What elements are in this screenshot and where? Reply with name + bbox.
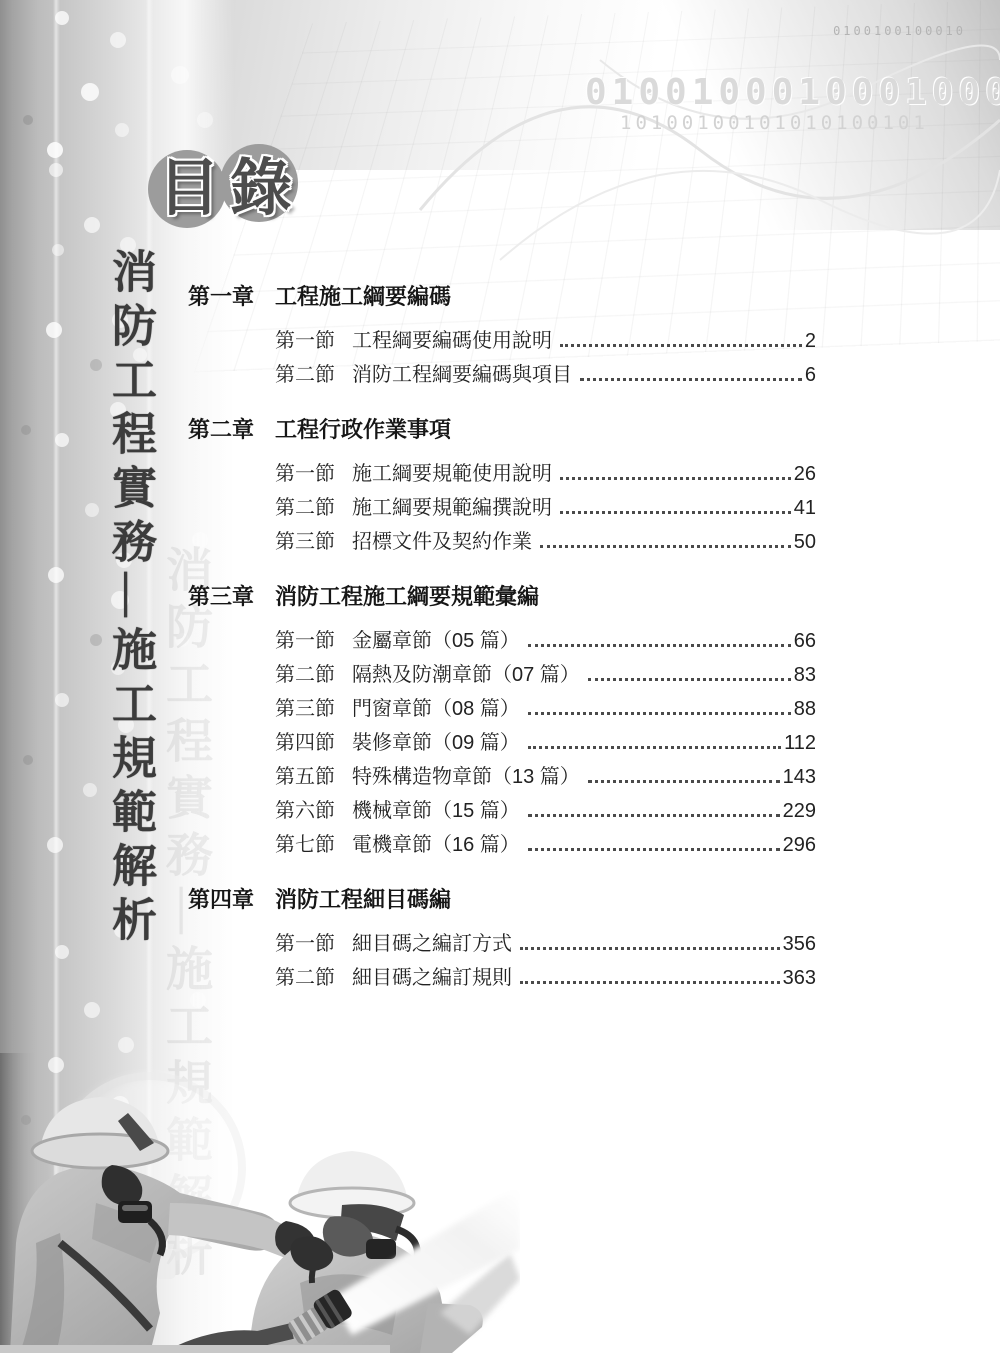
dot-leader — [528, 644, 791, 647]
toc-logo: 目 錄 — [158, 150, 292, 228]
section-label: 第一節 — [275, 457, 352, 486]
dot-leader — [520, 981, 780, 984]
section-title: 隔熱及防潮章節（07 篇） — [352, 658, 580, 687]
chapter-heading: 第一章 工程施工綱要編碼 — [188, 280, 816, 311]
toc-entry: 第一節 金屬章節（05 篇） 66 — [275, 621, 816, 655]
dot-leader — [520, 947, 780, 950]
page-number: 296 — [783, 834, 816, 857]
page-number: 112 — [784, 732, 816, 755]
section-label: 第四節 — [275, 726, 352, 755]
section-label: 第二節 — [275, 961, 352, 990]
page-number: 363 — [783, 967, 816, 990]
chapter-title: 消防工程施工綱要規範彙編 — [275, 580, 539, 611]
toc-entry: 第二節 隔熱及防潮章節（07 篇） 83 — [275, 655, 816, 689]
chapter-label: 第二章 — [188, 413, 275, 444]
dot-leader — [588, 780, 780, 783]
binary-text-small: 0100100100010 — [833, 24, 966, 38]
section-title: 機械章節（15 篇） — [352, 794, 520, 823]
section-title: 特殊構造物章節（13 篇） — [352, 760, 580, 789]
toc-entry: 第三節 招標文件及契約作業 50 — [275, 522, 816, 556]
page-number: 50 — [794, 531, 816, 554]
binary-text-large: 0100100010001000 — [585, 72, 1000, 113]
toc-chapter: 第三章 消防工程施工綱要規範彙編 第一節 金屬章節（05 篇） 66 第二節 隔… — [188, 580, 816, 859]
dot-leader — [560, 477, 791, 480]
toc-entry: 第七節 電機章節（16 篇） 296 — [275, 825, 816, 859]
section-title: 工程綱要編碼使用說明 — [352, 324, 552, 353]
section-title: 細目碼之編訂方式 — [352, 927, 512, 956]
toc-entry: 第四節 裝修章節（09 篇） 112 — [275, 723, 816, 757]
binary-text-mid: 10100100101010100101 — [620, 112, 929, 134]
background-wave-curves — [300, 0, 1000, 300]
toc-entry: 第三節 門窗章節（08 篇） 88 — [275, 689, 816, 723]
toc-entry: 第一節 細目碼之編訂方式 356 — [275, 924, 816, 958]
page-number: 229 — [783, 800, 816, 823]
section-label: 第一節 — [275, 927, 352, 956]
dot-leader — [560, 344, 802, 347]
section-label: 第五節 — [275, 760, 352, 789]
section-title: 電機章節（16 篇） — [352, 828, 520, 857]
chapter-title: 工程行政作業事項 — [275, 413, 451, 444]
page-number: 6 — [805, 364, 816, 387]
section-title: 施工綱要規範編撰說明 — [352, 491, 552, 520]
toc-entry: 第一節 工程綱要編碼使用說明 2 — [275, 321, 816, 355]
section-title: 施工綱要規範使用說明 — [352, 457, 552, 486]
section-title: 細目碼之編訂規則 — [352, 961, 512, 990]
dot-leader — [528, 848, 780, 851]
toc-chapter: 第四章 消防工程細目碼編 第一節 細目碼之編訂方式 356 第二節 細目碼之編訂… — [188, 883, 816, 992]
dot-leader — [560, 511, 791, 514]
dot-leader — [528, 746, 781, 749]
section-title: 招標文件及契約作業 — [352, 525, 532, 554]
chapter-label: 第一章 — [188, 280, 275, 311]
toc-entry: 第六節 機械章節（15 篇） 229 — [275, 791, 816, 825]
page-number: 66 — [794, 630, 816, 653]
spine-title: 消防工程實務—施工規範解析 — [98, 248, 163, 950]
page-number: 356 — [783, 933, 816, 956]
toc-entry: 第二節 施工綱要規範編撰說明 41 — [275, 488, 816, 522]
chapter-heading: 第三章 消防工程施工綱要規範彙編 — [188, 580, 816, 611]
dot-leader — [528, 712, 791, 715]
toc-chapter: 第一章 工程施工綱要編碼 第一節 工程綱要編碼使用說明 2 第二節 消防工程綱要… — [188, 280, 816, 389]
page-number: 41 — [794, 497, 816, 520]
page-number: 26 — [794, 463, 816, 486]
section-title: 裝修章節（09 篇） — [352, 726, 520, 755]
section-label: 第六節 — [275, 794, 352, 823]
table-of-contents: 第一章 工程施工綱要編碼 第一節 工程綱要編碼使用說明 2 第二節 消防工程綱要… — [188, 280, 816, 992]
logo-char-mu: 目 — [158, 150, 220, 228]
firefighters-photo — [0, 1053, 520, 1353]
chapter-title: 消防工程細目碼編 — [275, 883, 451, 914]
section-title: 消防工程綱要編碼與項目 — [352, 358, 572, 387]
toc-entry: 第一節 施工綱要規範使用說明 26 — [275, 454, 816, 488]
section-label: 第三節 — [275, 525, 352, 554]
chapter-heading: 第二章 工程行政作業事項 — [188, 413, 816, 444]
toc-entry: 第二節 細目碼之編訂規則 363 — [275, 958, 816, 992]
dot-leader — [540, 545, 791, 548]
chapter-label: 第四章 — [188, 883, 275, 914]
section-label: 第二節 — [275, 658, 352, 687]
logo-char-lu: 錄 — [230, 150, 292, 228]
page-number: 83 — [794, 664, 816, 687]
section-label: 第二節 — [275, 491, 352, 520]
section-label: 第一節 — [275, 624, 352, 653]
chapter-title: 工程施工綱要編碼 — [275, 280, 451, 311]
toc-entry: 第五節 特殊構造物章節（13 篇） 143 — [275, 757, 816, 791]
section-title: 門窗章節（08 篇） — [352, 692, 520, 721]
section-label: 第七節 — [275, 828, 352, 857]
page-number: 2 — [805, 330, 816, 353]
toc-chapter: 第二章 工程行政作業事項 第一節 施工綱要規範使用說明 26 第二節 施工綱要規… — [188, 413, 816, 556]
dot-leader — [588, 678, 791, 681]
section-label: 第一節 — [275, 324, 352, 353]
section-title: 金屬章節（05 篇） — [352, 624, 520, 653]
chapter-heading: 第四章 消防工程細目碼編 — [188, 883, 816, 914]
photo-bottom-strip — [0, 1345, 390, 1353]
section-label: 第二節 — [275, 358, 352, 387]
section-label: 第三節 — [275, 692, 352, 721]
chapter-label: 第三章 — [188, 580, 275, 611]
dot-leader — [528, 814, 780, 817]
toc-entry: 第二節 消防工程綱要編碼與項目 6 — [275, 355, 816, 389]
dot-leader — [580, 378, 802, 381]
page-number: 143 — [783, 766, 816, 789]
page-number: 88 — [794, 698, 816, 721]
